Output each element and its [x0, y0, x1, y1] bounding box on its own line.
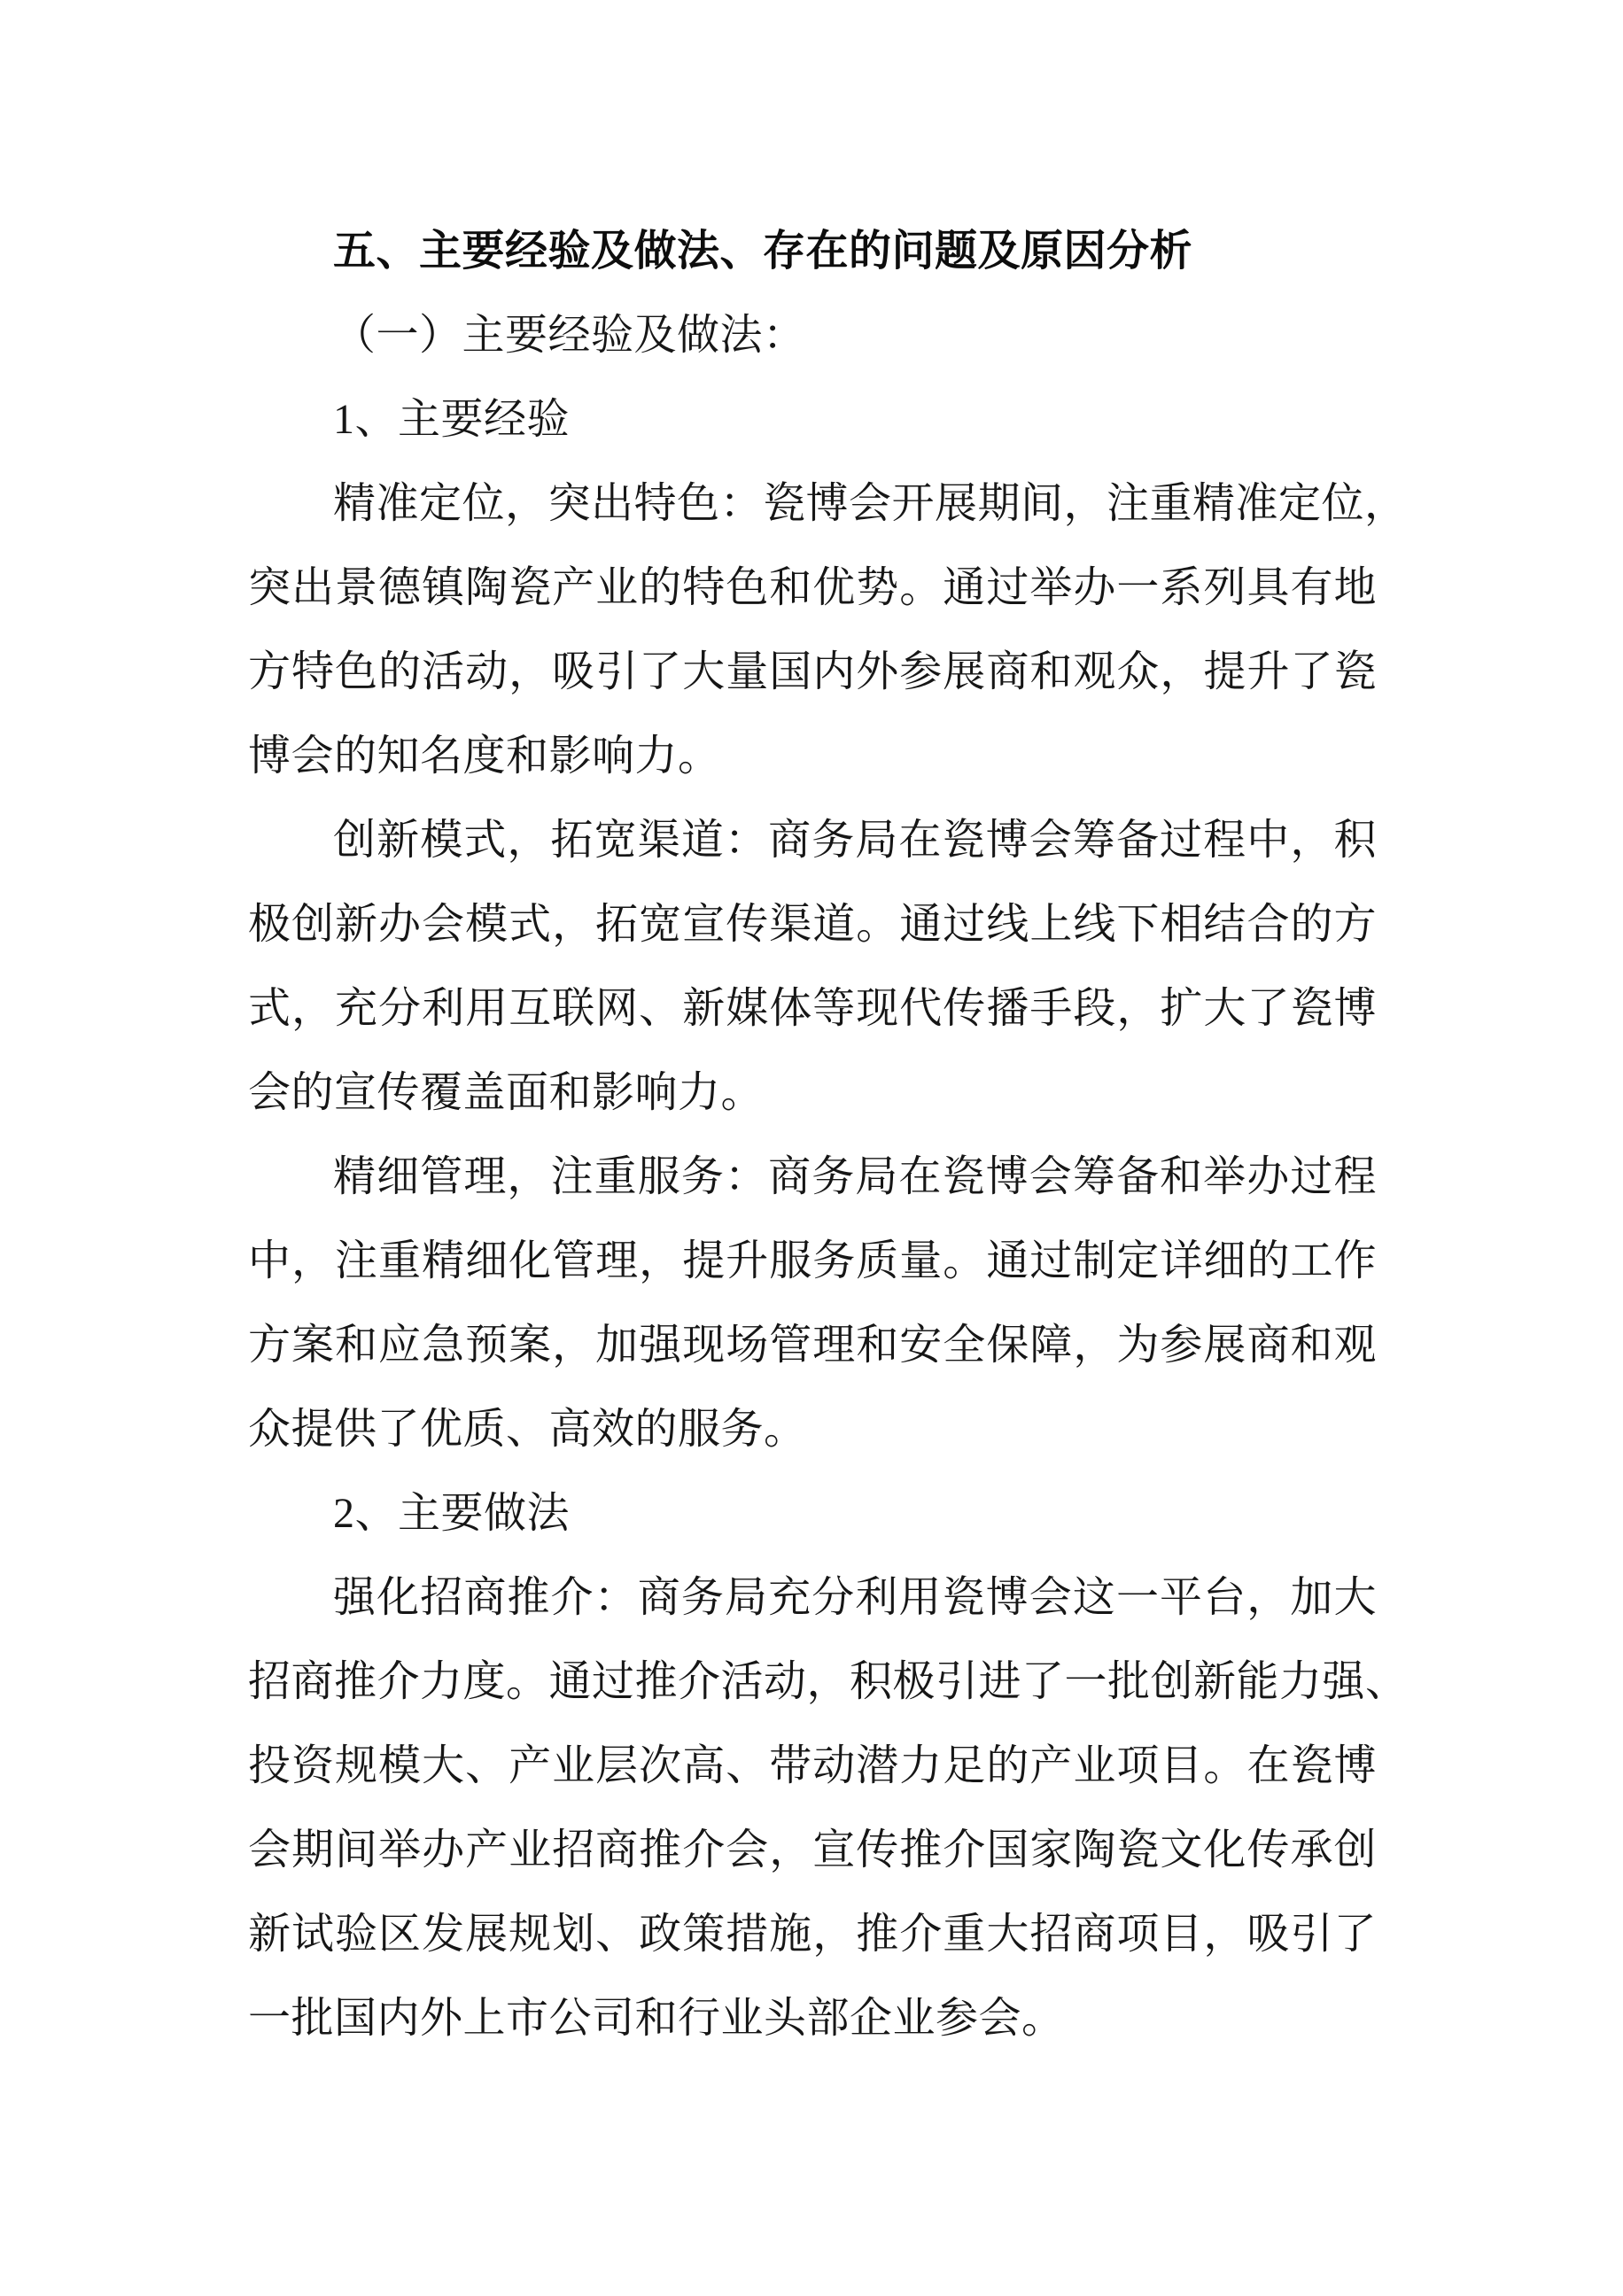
body-line: 方案和应急预案，加强现场管理和安全保障，为参展商和观: [248, 1303, 1377, 1387]
section-heading: 五、主要经验及做法、存在的问题及原因分析: [248, 209, 1377, 293]
body-line: 会期间举办产业招商推介会，宣传推介国家陶瓷文化传承创: [248, 1808, 1377, 1892]
body-line: 投资规模大、产业层次高、带动潜力足的产业项目。在瓷博: [248, 1724, 1377, 1808]
body-line: 创新模式，拓宽渠道：商务局在瓷博会筹备过程中，积: [248, 798, 1377, 882]
body-line: 招商推介力度。通过推介活动，积极引进了一批创新能力强、: [248, 1640, 1377, 1724]
document-page: 五、主要经验及做法、存在的问题及原因分析（一）主要经验及做法：1、主要经验精准定…: [0, 0, 1623, 2296]
body-line: 中，注重精细化管理，提升服务质量。通过制定详细的工作: [248, 1219, 1377, 1303]
body-line: 方特色的活动，吸引了大量国内外参展商和观众，提升了瓷: [248, 630, 1377, 714]
body-line: 一批国内外上市公司和行业头部企业参会。: [248, 1976, 1377, 2060]
body-line: 极创新办会模式，拓宽宣传渠道。通过线上线下相结合的方: [248, 882, 1377, 966]
body-line: 突出景德镇陶瓷产业的特色和优势。通过举办一系列具有地: [248, 546, 1377, 630]
body-line: 精细管理，注重服务：商务局在瓷博会筹备和举办过程: [248, 1135, 1377, 1219]
body-line: 式，充分利用互联网、新媒体等现代传播手段，扩大了瓷博: [248, 966, 1377, 1051]
body-line: 新试验区发展规划、政策措施，推介重大招商项目，吸引了: [248, 1892, 1377, 1976]
body-line: 博会的知名度和影响力。: [248, 714, 1377, 798]
body-line: 众提供了优质、高效的服务。: [248, 1387, 1377, 1471]
body-line: 强化招商推介：商务局充分利用瓷博会这一平台，加大: [248, 1555, 1377, 1640]
subsection-heading: （一）主要经验及做法：: [248, 293, 1377, 377]
list-heading: 1、主要经验: [248, 377, 1377, 462]
body-line: 会的宣传覆盖面和影响力。: [248, 1051, 1377, 1135]
document-body: 五、主要经验及做法、存在的问题及原因分析（一）主要经验及做法：1、主要经验精准定…: [248, 209, 1377, 2060]
list-heading: 2、主要做法: [248, 1471, 1377, 1555]
body-line: 精准定位，突出特色：瓷博会开展期间，注重精准定位，: [248, 462, 1377, 546]
